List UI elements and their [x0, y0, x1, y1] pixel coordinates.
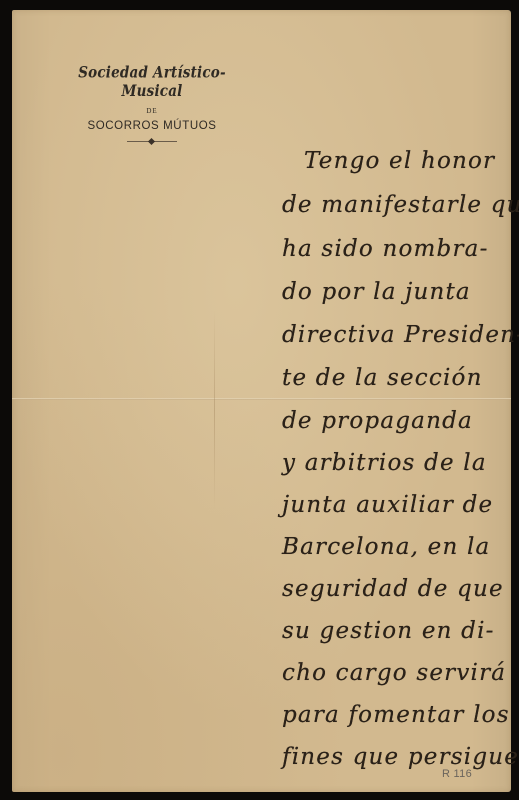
body-line-15: fines que persigue	[282, 744, 519, 770]
body-line-14: para fomentar los	[282, 702, 510, 728]
letter-page: Sociedad Artístico-Musical DE SOCORROS M…	[12, 10, 511, 792]
body-line-4: do por la junta	[282, 279, 471, 305]
body-line-7: de propaganda	[282, 408, 473, 434]
letterhead: Sociedad Artístico-Musical DE SOCORROS M…	[52, 66, 252, 144]
body-line-2: de manifestarle que	[282, 192, 519, 218]
letterhead-ornament-icon	[127, 138, 177, 144]
body-line-13: cho cargo servirá	[282, 660, 506, 686]
body-line-6: te de la sección	[282, 365, 483, 391]
letterhead-subtitle: SOCORROS MÚTUOS	[52, 120, 252, 132]
letterhead-connector: DE	[52, 107, 252, 115]
body-line-9: junta auxiliar de	[282, 492, 493, 518]
body-line-11: seguridad de que	[282, 576, 504, 602]
catalog-mark: R 116	[442, 768, 472, 780]
letterhead-title: Sociedad Artístico-Musical	[52, 64, 252, 101]
body-line-10: Barcelona, en la	[282, 534, 490, 560]
vertical-fold-crease	[214, 310, 215, 510]
body-line-5: directiva Presiden-	[282, 322, 519, 348]
horizontal-fold-crease	[12, 398, 511, 400]
body-line-12: su gestion en di-	[282, 618, 495, 644]
body-line-1: Tengo el honor	[304, 148, 495, 174]
body-line-8: y arbitrios de la	[282, 450, 487, 476]
body-line-3: ha sido nombra-	[282, 236, 489, 262]
